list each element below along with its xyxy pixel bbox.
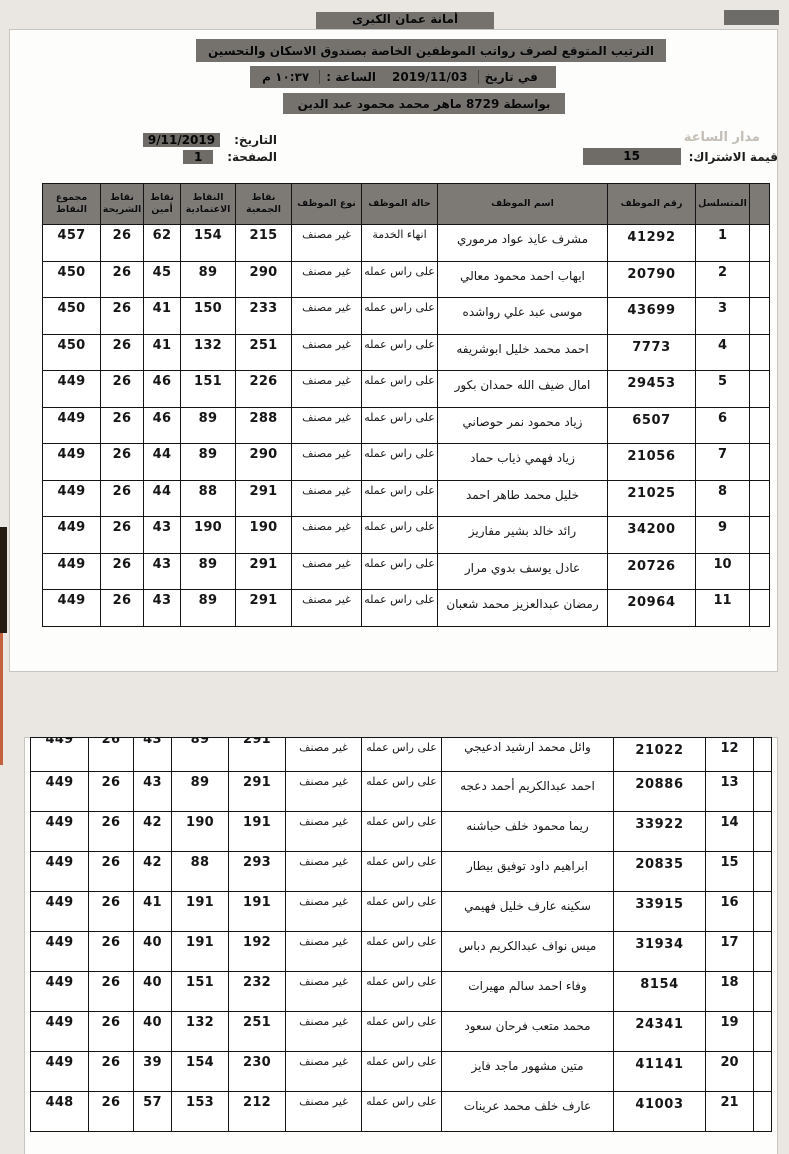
cell-amin: 42 [134,812,172,852]
cell-assoc: 291 [229,772,286,812]
cell-amin: 43 [144,590,181,627]
column-header-blank [750,184,770,225]
cell-emp_no: 31934 [614,932,706,972]
cell-emp_no: 7773 [608,334,696,371]
scan-artifact-line [0,633,3,765]
cell-status: على راس عمله [362,892,442,932]
table-row: 4492643190190غير مصنفعلى راس عملهرائد خا… [43,517,770,554]
watermark: مدار الساعة [566,130,778,145]
cell-assoc: 230 [229,1052,286,1092]
cell-blank [754,892,772,932]
cell-type: غير مصنف [286,1052,362,1092]
cell-type: غير مصنف [286,932,362,972]
cell-blank [754,772,772,812]
cell-type: غير مصنف [286,892,362,932]
cell-total: 450 [43,298,101,335]
cell-emp_no: 6507 [608,407,696,444]
cell-serial: 1 [696,225,750,262]
cell-credit: 190 [181,517,236,554]
cell-name: خليل محمد طاهر احمد [438,480,608,517]
cell-status: على راس عمله [362,772,442,812]
cell-serial: 5 [696,371,750,408]
cell-emp_no: 20790 [608,261,696,298]
cell-credit: 89 [181,553,236,590]
cell-total: 449 [31,972,89,1012]
cell-credit: 151 [172,972,229,1012]
cell-blank [750,261,770,298]
cell-type: غير مصنف [286,812,362,852]
scan-artifact [724,10,779,25]
cell-emp_no: 21025 [608,480,696,517]
cell-serial: 17 [706,932,754,972]
table-row: 449264489290غير مصنفعلى راس عملهزياد فهم… [43,444,770,481]
cell-status: على راس عمله [362,1092,442,1132]
cell-credit: 89 [181,444,236,481]
cell-blank [750,480,770,517]
cell-total: 449 [31,852,89,892]
cell-status: على راس عمله [362,852,442,892]
table-row: 4492639154230غير مصنفعلى راس عملهمتين مش… [31,1052,772,1092]
cell-credit: 154 [172,1052,229,1092]
cell-total: 448 [31,1092,89,1132]
cell-name: عادل يوسف بدوي مرار [438,553,608,590]
cell-credit: 191 [172,932,229,972]
table-row: 4492640151232غير مصنفعلى راس عملهوفاء اح… [31,972,772,1012]
table-row: 4492646151226غير مصنفعلى راس عملهامال ضي… [43,371,770,408]
cell-blank [754,812,772,852]
cell-slice: 26 [89,1052,134,1092]
cell-emp_no: 21022 [614,738,706,772]
date-prefix: في تاريخ [478,70,544,84]
cell-emp_no: 33915 [614,892,706,932]
cell-name: ايهاب احمد محمود معالي [438,261,608,298]
cell-blank [754,1092,772,1132]
cell-status: على راس عمله [362,972,442,1012]
cell-type: غير مصنف [292,371,362,408]
column-header-serial: المتسلسل [696,184,750,225]
cell-emp_no: 33922 [614,812,706,852]
cell-emp_no: 43699 [608,298,696,335]
cell-name: ابراهيم داود توفيق بيطار [442,852,614,892]
cell-amin: 40 [134,1012,172,1052]
cell-blank [750,298,770,335]
cell-assoc: 290 [236,444,292,481]
cell-status: على راس عمله [362,553,438,590]
cell-name: مشرف عايد عواد مرموري [438,225,608,262]
cell-status: على راس عمله [362,1012,442,1052]
cell-blank [750,407,770,444]
cell-assoc: 191 [229,812,286,852]
date-value: 9/11/2019 [143,133,220,147]
cell-emp_no: 24341 [614,1012,706,1052]
cell-name: رائد خالد بشير مفاريز [438,517,608,554]
meta-date-page: التاريخ: 9/11/2019 الصفحة: 1 [62,133,277,167]
cell-blank [750,590,770,627]
cell-name: موسى عبد علي رواشده [438,298,608,335]
cell-status: على راس عمله [362,738,442,772]
cell-type: غير مصنف [286,1012,362,1052]
table-row: 449264389291غير مصنفعلى راس عملهاحمد عبد… [31,772,772,812]
cell-total: 457 [43,225,101,262]
table-row: 449264389291غير مصنفعلى راس عملهوائل محم… [31,738,772,772]
cell-assoc: 233 [236,298,292,335]
cell-type: غير مصنف [292,225,362,262]
page-label: الصفحة: [227,150,277,164]
cell-amin: 43 [134,772,172,812]
cell-blank [750,517,770,554]
cell-slice: 26 [89,1092,134,1132]
cell-amin: 46 [144,407,181,444]
cell-total: 449 [31,892,89,932]
report-date: 2019/11/03 [392,70,468,84]
cell-slice: 26 [89,1012,134,1052]
cell-status: على راس عمله [362,517,438,554]
cell-blank [750,334,770,371]
cell-amin: 44 [144,444,181,481]
cell-assoc: 192 [229,932,286,972]
cell-credit: 89 [181,590,236,627]
cell-assoc: 291 [236,480,292,517]
cell-serial: 3 [696,298,750,335]
meta-subscription: مدار الساعة قيمة الاشتراك: 15 [566,130,778,165]
cell-name: زياد محمود نمر حوصاني [438,407,608,444]
column-header-amin: نقاط أمين [144,184,181,225]
column-header-total: مجموع النقاط [43,184,101,225]
cell-assoc: 290 [236,261,292,298]
cell-emp_no: 29453 [608,371,696,408]
cell-name: محمد متعب فرحان سعود [442,1012,614,1052]
cell-credit: 154 [181,225,236,262]
cell-amin: 39 [134,1052,172,1092]
cell-name: ميس نواف عبدالكريم دباس [442,932,614,972]
generated-by-highlight: بواسطة 8729 ماهر محمد محمود عبد الدين [283,93,565,114]
cell-emp_no: 34200 [608,517,696,554]
scanned-document-viewer: { "document": { "org_line": "أمانة عمان … [0,0,789,1154]
cell-type: غير مصنف [286,972,362,1012]
cell-assoc: 191 [229,892,286,932]
cell-type: غير مصنف [292,261,362,298]
column-header-assoc: نقاط الجمعية [236,184,292,225]
cell-type: غير مصنف [292,334,362,371]
cell-slice: 26 [89,738,134,772]
cell-total: 449 [43,553,101,590]
cell-assoc: 291 [229,738,286,772]
cell-name: احمد عبدالكريم أحمد دعجه [442,772,614,812]
table-header: مجموع النقاطنقاط الشريحةنقاط أمينالنقاط … [43,184,770,225]
cell-amin: 41 [144,334,181,371]
cell-serial: 12 [706,738,754,772]
cell-name: امال ضيف الله حمدان بكور [438,371,608,408]
cell-slice: 26 [101,590,144,627]
table-row: 449264488291غير مصنفعلى راس عملهخليل محم… [43,480,770,517]
column-header-slice: نقاط الشريحة [101,184,144,225]
cell-type: غير مصنف [292,407,362,444]
table-row: 449264389291غير مصنفعلى راس عملهعادل يوس… [43,553,770,590]
cell-assoc: 226 [236,371,292,408]
page-number: 1 [183,150,213,164]
cell-assoc: 251 [236,334,292,371]
cell-assoc: 293 [229,852,286,892]
cell-slice: 26 [89,932,134,972]
time-label: الساعة : [319,70,382,84]
cell-serial: 19 [706,1012,754,1052]
cell-credit: 153 [172,1092,229,1132]
cell-amin: 43 [134,738,172,772]
cell-status: على راس عمله [362,1052,442,1092]
cell-serial: 15 [706,852,754,892]
cell-blank [754,932,772,972]
cell-type: غير مصنف [286,1092,362,1132]
cell-status: على راس عمله [362,298,438,335]
cell-blank [754,972,772,1012]
cell-amin: 44 [144,480,181,517]
subscription-label: قيمة الاشتراك: [689,150,778,164]
cell-serial: 9 [696,517,750,554]
cell-slice: 26 [101,553,144,590]
cell-emp_no: 41292 [608,225,696,262]
generated-by: بواسطة 8729 ماهر محمد محمود عبد الدين [298,97,551,111]
cell-status: على راس عمله [362,812,442,852]
cell-status: على راس عمله [362,444,438,481]
cell-blank [750,553,770,590]
cell-credit: 89 [172,738,229,772]
scan-artifact-bar [0,527,7,633]
cell-credit: 151 [181,371,236,408]
cell-slice: 26 [101,225,144,262]
org-name: أمانة عمان الكبرى [352,12,458,26]
report-title: الترتيب المتوقع لصرف رواتب الموظفين الخا… [208,44,654,58]
table-row: 449264389291غير مصنفعلى راس عملهرمضان عب… [43,590,770,627]
cell-slice: 26 [101,334,144,371]
cell-total: 449 [43,371,101,408]
cell-assoc: 291 [236,553,292,590]
report-time: ١٠:٣٧ م [262,70,309,84]
cell-credit: 150 [181,298,236,335]
cell-assoc: 215 [236,225,292,262]
cell-type: غير مصنف [292,480,362,517]
column-header-emp_no: رقم الموظف [608,184,696,225]
table-row: 4492640191192غير مصنفعلى راس عملهميس نوا… [31,932,772,972]
cell-assoc: 232 [229,972,286,1012]
cell-amin: 42 [134,852,172,892]
cell-slice: 26 [101,444,144,481]
table-row: 4492642190191غير مصنفعلى راس عملهريما مح… [31,812,772,852]
cell-amin: 43 [144,517,181,554]
cell-total: 450 [43,334,101,371]
cell-amin: 40 [134,972,172,1012]
cell-slice: 26 [89,812,134,852]
table-row: 450264589290غير مصنفعلى راس عملهايهاب اح… [43,261,770,298]
table-row: 449264689288غير مصنفعلى راس عملهزياد محم… [43,407,770,444]
cell-total: 449 [31,812,89,852]
cell-name: وفاء احمد سالم مهيرات [442,972,614,1012]
cell-total: 449 [31,1012,89,1052]
cell-slice: 26 [89,892,134,932]
payroll-table-page2: مجموع النقاطنقاط الشريحةنقاط أمينالنقاط … [30,737,772,1132]
cell-name: عارف خلف محمد عرينات [442,1092,614,1132]
cell-blank [754,1012,772,1052]
date-label: التاريخ: [234,133,277,147]
cell-blank [754,1052,772,1092]
cell-serial: 21 [706,1092,754,1132]
cell-credit: 190 [172,812,229,852]
cell-slice: 26 [101,371,144,408]
cell-total: 449 [31,772,89,812]
cell-status: على راس عمله [362,334,438,371]
cell-amin: 57 [134,1092,172,1132]
cell-serial: 10 [696,553,750,590]
cell-credit: 89 [172,772,229,812]
table-row: 4502641150233غير مصنفعلى راس عملهموسى عب… [43,298,770,335]
cell-serial: 2 [696,261,750,298]
cell-emp_no: 21056 [608,444,696,481]
cell-type: غير مصنف [286,852,362,892]
table-row: 4492640132251غير مصنفعلى راس عملهمحمد مت… [31,1012,772,1052]
cell-assoc: 190 [236,517,292,554]
cell-credit: 89 [181,407,236,444]
cell-name: ريما محمود خلف حباشنه [442,812,614,852]
report-datetime-highlight: في تاريخ 2019/11/03 الساعة : ١٠:٣٧ م [250,66,556,88]
cell-total: 450 [43,261,101,298]
cell-status: انهاء الخدمة [362,225,438,262]
table-row: 449264288293غير مصنفعلى راس عملهابراهيم … [31,852,772,892]
table-row: 4492641191191غير مصنفعلى راس عملهسكينه ع… [31,892,772,932]
cell-serial: 6 [696,407,750,444]
cell-total: 449 [31,932,89,972]
cell-assoc: 291 [236,590,292,627]
column-header-name: اسم الموظف [438,184,608,225]
cell-serial: 4 [696,334,750,371]
cell-slice: 26 [101,298,144,335]
cell-credit: 88 [181,480,236,517]
cell-emp_no: 8154 [614,972,706,1012]
cell-credit: 132 [172,1012,229,1052]
cell-status: على راس عمله [362,932,442,972]
cell-amin: 45 [144,261,181,298]
table-row: 4572662154215غير مصنفانهاء الخدمةمشرف عا… [43,225,770,262]
cell-credit: 89 [181,261,236,298]
cell-slice: 26 [101,517,144,554]
cell-serial: 14 [706,812,754,852]
cell-amin: 41 [134,892,172,932]
cell-total: 449 [43,480,101,517]
cell-status: على راس عمله [362,261,438,298]
cell-assoc: 288 [236,407,292,444]
cell-amin: 43 [144,553,181,590]
cell-emp_no: 41141 [614,1052,706,1092]
cell-blank [750,444,770,481]
cell-type: غير مصنف [292,517,362,554]
cell-type: غير مصنف [292,590,362,627]
cell-assoc: 212 [229,1092,286,1132]
cell-name: زياد فهمي ذياب حماد [438,444,608,481]
cell-serial: 8 [696,480,750,517]
cell-slice: 26 [89,772,134,812]
column-header-status: حالة الموظف [362,184,438,225]
cell-amin: 62 [144,225,181,262]
table-row: 4502641132251غير مصنفعلى راس عملهاحمد مح… [43,334,770,371]
cell-serial: 20 [706,1052,754,1092]
cell-slice: 26 [101,407,144,444]
cell-serial: 11 [696,590,750,627]
cell-name: متين مشهور ماجد فايز [442,1052,614,1092]
column-header-credit: النقاط الاعتمادية [181,184,236,225]
cell-total: 449 [31,1052,89,1092]
cell-status: على راس عمله [362,371,438,408]
cell-slice: 26 [89,972,134,1012]
cell-slice: 26 [101,261,144,298]
cell-name: احمد محمد خليل ابوشريفه [438,334,608,371]
subscription-value: 15 [583,148,681,165]
cell-name: وائل محمد ارشيد ادعيجي [442,738,614,772]
cell-credit: 88 [172,852,229,892]
cell-name: سكينه عارف خليل فهيمي [442,892,614,932]
cell-amin: 41 [144,298,181,335]
cell-slice: 26 [101,480,144,517]
column-header-type: نوع الموظف [292,184,362,225]
cell-blank [754,738,772,772]
payroll-table-page1: مجموع النقاطنقاط الشريحةنقاط أمينالنقاط … [42,183,770,627]
cell-emp_no: 20726 [608,553,696,590]
cell-type: غير مصنف [286,772,362,812]
cell-total: 449 [43,407,101,444]
cell-status: على راس عمله [362,407,438,444]
table-row: 4482657153212غير مصنفعلى راس عملهعارف خل… [31,1092,772,1132]
cell-type: غير مصنف [292,298,362,335]
cell-total: 449 [43,590,101,627]
cell-slice: 26 [89,852,134,892]
cell-total: 449 [43,517,101,554]
cell-amin: 40 [134,932,172,972]
cell-type: غير مصنف [286,738,362,772]
cell-status: على راس عمله [362,590,438,627]
cell-emp_no: 20835 [614,852,706,892]
cell-credit: 132 [181,334,236,371]
cell-emp_no: 20964 [608,590,696,627]
cell-assoc: 251 [229,1012,286,1052]
cell-serial: 16 [706,892,754,932]
cell-total: 449 [43,444,101,481]
cell-type: غير مصنف [292,553,362,590]
cell-credit: 191 [172,892,229,932]
cell-serial: 18 [706,972,754,1012]
cell-serial: 7 [696,444,750,481]
cell-emp_no: 41003 [614,1092,706,1132]
report-title-highlight: الترتيب المتوقع لصرف رواتب الموظفين الخا… [196,39,666,62]
cell-amin: 46 [144,371,181,408]
cell-blank [750,371,770,408]
cell-blank [754,852,772,892]
cell-serial: 13 [706,772,754,812]
cell-type: غير مصنف [292,444,362,481]
org-name-highlight: أمانة عمان الكبرى [316,12,494,29]
cell-total: 449 [31,738,89,772]
cell-name: رمضان عبدالعزيز محمد شعبان [438,590,608,627]
cell-emp_no: 20886 [614,772,706,812]
cell-blank [750,225,770,262]
cell-status: على راس عمله [362,480,438,517]
